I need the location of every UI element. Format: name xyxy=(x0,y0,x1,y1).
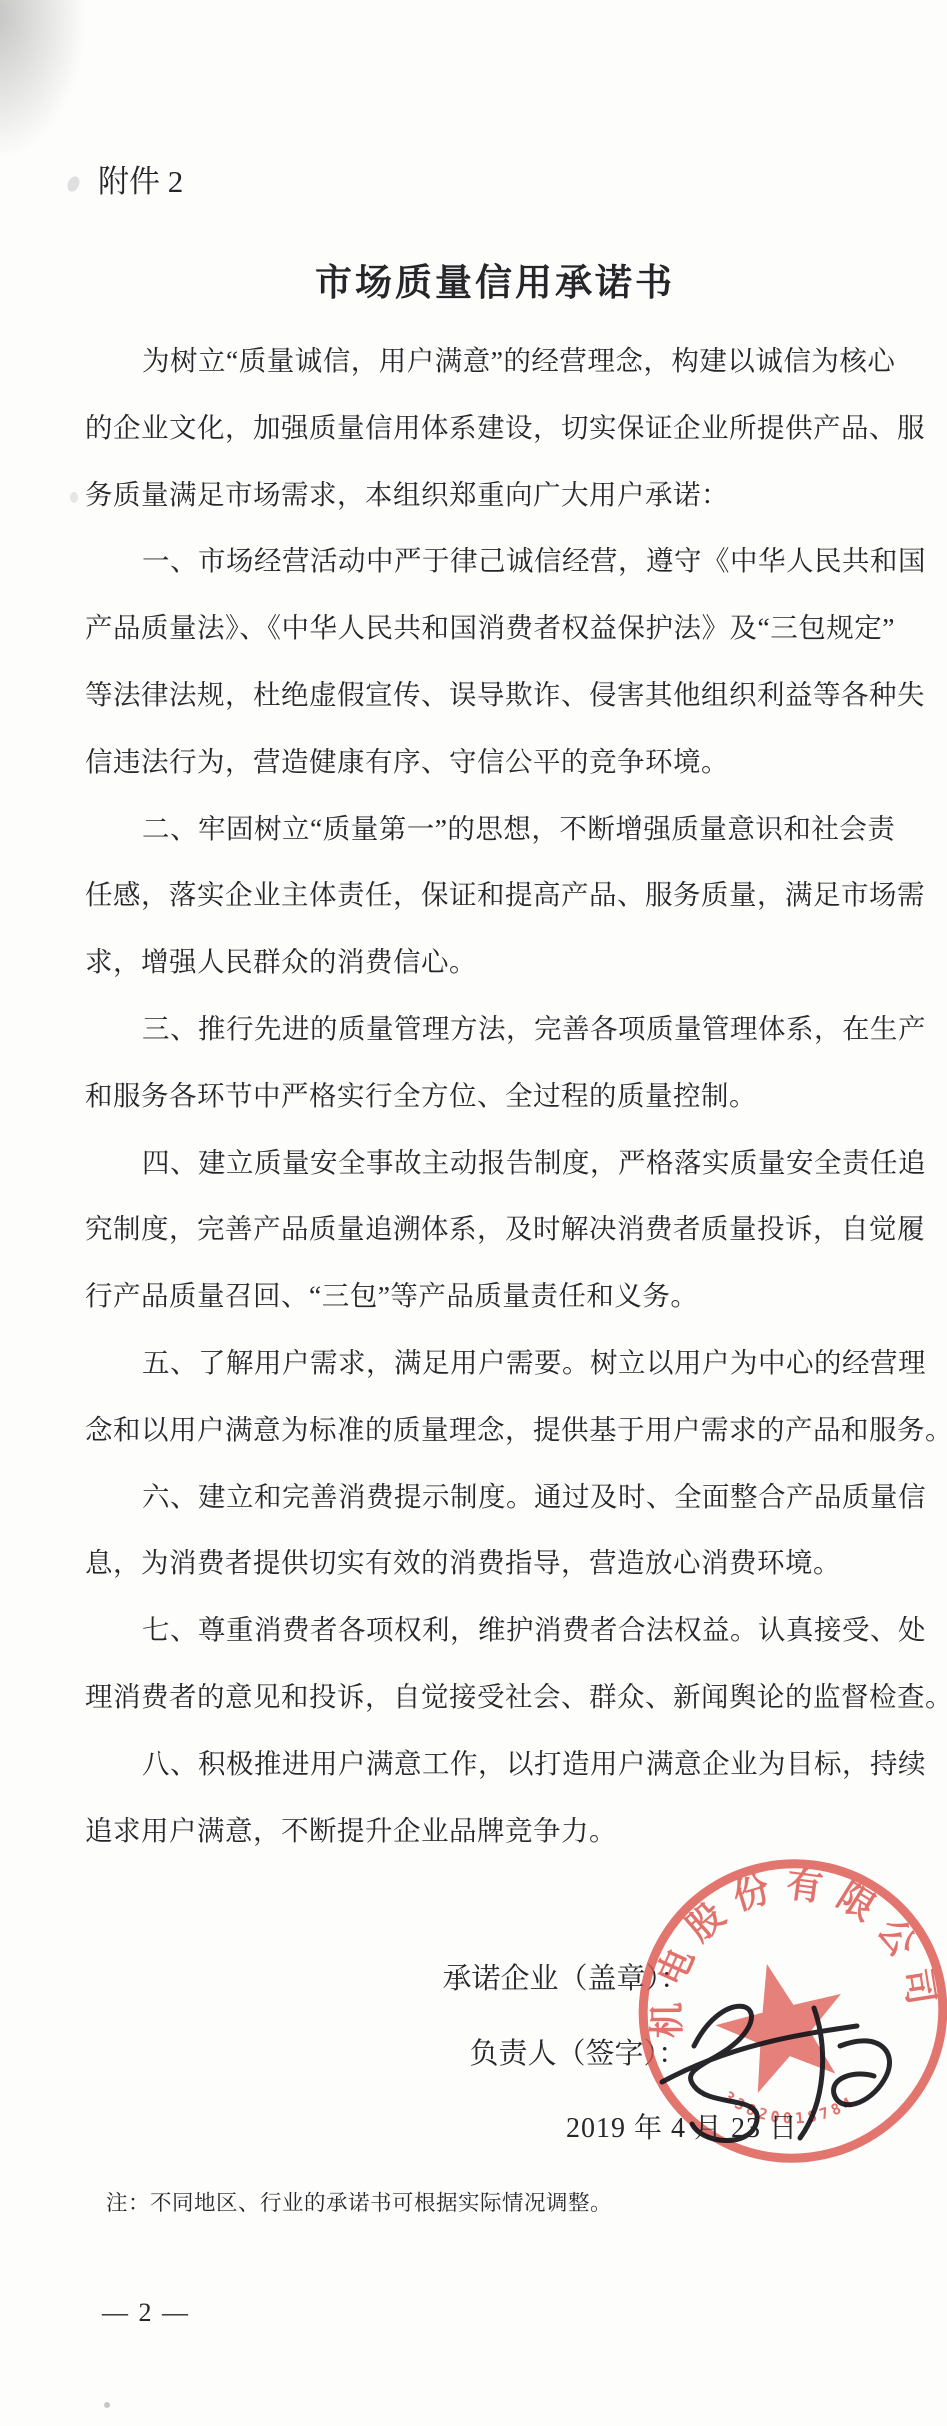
scan-artifact-mark xyxy=(65,174,82,193)
signature-date: 2019 年 4 月 23 日 xyxy=(566,2106,798,2146)
body-line: 求，增强人民群众的消费信心。 xyxy=(85,929,909,996)
body-line: 五、了解用户需求，满足用户需要。树立以用户为中心的经营理 xyxy=(85,1330,909,1397)
body-line: 行产品质量召回、“三包”等产品质量责任和义务。 xyxy=(85,1263,909,1330)
body-line: 念和以用户满意为标准的质量理念，提供基于用户需求的产品和服务。 xyxy=(85,1397,909,1464)
responsible-person-label: 负责人（签字）： xyxy=(469,2031,687,2072)
body-line: 七、尊重消费者各项权利，维护消费者合法权益。认真接受、处 xyxy=(85,1597,909,1664)
body-line: 等法律法规，杜绝虚假宣传、误导欺诈、侵害其他组织利益等各种失 xyxy=(85,662,909,729)
document-title: 市场质量信用承诺书 xyxy=(85,252,905,306)
scan-corner-smudge xyxy=(0,0,100,180)
page-number: — 2 — xyxy=(102,2298,190,2328)
body-line: 信违法行为，营造健康有序、守信公平的竞争环境。 xyxy=(85,729,909,796)
body-line: 六、建立和完善消费提示制度。通过及时、全面整合产品质量信 xyxy=(85,1464,909,1531)
footnote: 注：不同地区、行业的承诺书可根据实际情况调整。 xyxy=(106,2186,612,2217)
scanned-document-page: 附件 2 市场质量信用承诺书 为树立“质量诚信，用户满意”的经营理念，构建以诚信… xyxy=(0,0,947,2426)
body-line: 务质量满足市场需求，本组织郑重向广大用户承诺： xyxy=(85,462,909,529)
body-line: 任感，落实企业主体责任，保证和提高产品、服务质量，满足市场需 xyxy=(85,862,909,929)
body-line: 产品质量法》、《中华人民共和国消费者权益保护法》及“三包规定” xyxy=(85,595,909,662)
company-seal-label: 承诺企业（盖章）： xyxy=(442,1956,689,1997)
body-line: 为树立“质量诚信，用户满意”的经营理念，构建以诚信为核心 xyxy=(85,328,909,395)
body-line: 八、积极推进用户满意工作，以打造用户满意企业为目标，持续 xyxy=(85,1731,909,1798)
document-body: 为树立“质量诚信，用户满意”的经营理念，构建以诚信为核心 的企业文化，加强质量信… xyxy=(85,328,909,1864)
body-line: 理消费者的意见和投诉，自觉接受社会、群众、新闻舆论的监督检查。 xyxy=(85,1664,909,1731)
attachment-label: 附件 2 xyxy=(98,156,183,201)
body-line: 一、市场经营活动中严于律己诚信经营，遵守《中华人民共和国 xyxy=(85,528,909,595)
body-line: 究制度，完善产品质量追溯体系，及时解决消费者质量投诉，自觉履 xyxy=(85,1196,909,1263)
seal-star-icon xyxy=(704,1948,859,2099)
body-line: 追求用户满意，不断提升企业品牌竞争力。 xyxy=(85,1798,909,1865)
body-line: 息，为消费者提供切实有效的消费指导，营造放心消费环境。 xyxy=(85,1530,909,1597)
body-line: 二、牢固树立“质量第一”的思想，不断增强质量意识和社会责 xyxy=(85,796,909,863)
body-line: 和服务各环节中严格实行全方位、全过程的质量控制。 xyxy=(85,1063,909,1130)
body-line: 三、推行先进的质量管理方法，完善各项质量管理体系，在生产 xyxy=(85,996,909,1063)
body-line: 四、建立质量安全事故主动报告制度，严格落实质量安全责任追 xyxy=(85,1130,909,1197)
scan-artifact-mark xyxy=(70,492,78,503)
scan-artifact-mark xyxy=(104,2402,110,2408)
body-line: 的企业文化，加强质量信用体系建设，切实保证企业所提供产品、服 xyxy=(85,395,909,462)
